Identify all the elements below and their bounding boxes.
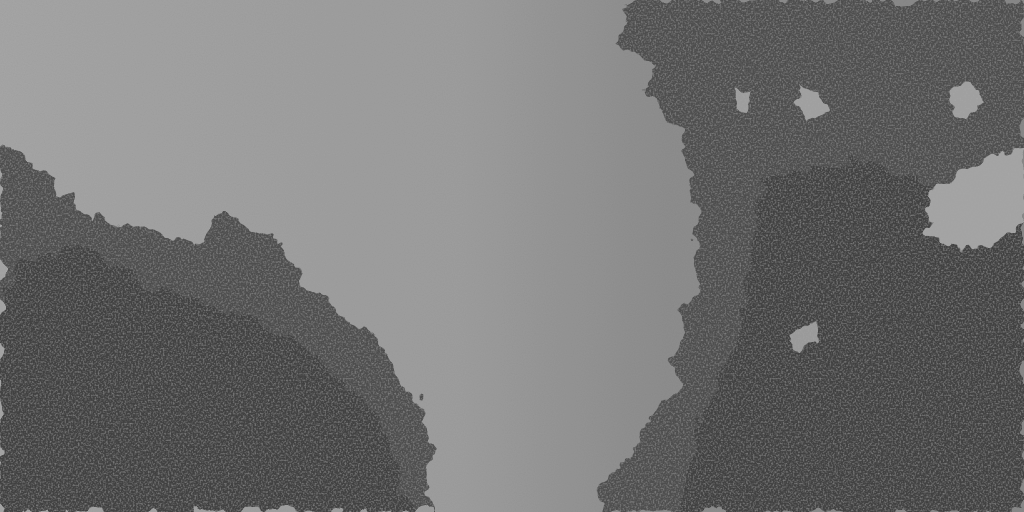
film-grain	[0, 0, 1024, 512]
photograph	[0, 0, 1024, 512]
scene	[0, 0, 1024, 512]
